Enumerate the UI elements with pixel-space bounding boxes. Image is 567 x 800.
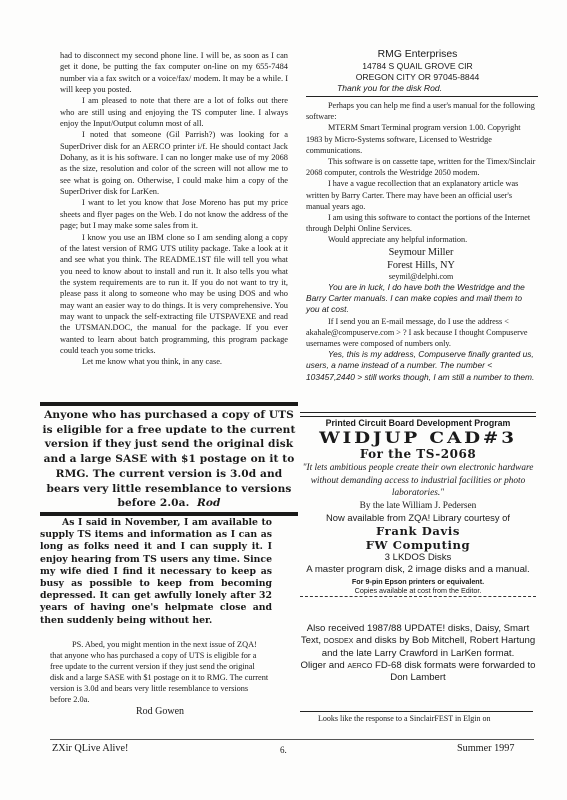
sinclairfest-teaser: Looks like the response to a SinclairFES…	[318, 714, 538, 723]
left-letter-body: had to disconnect my second phone line. …	[60, 50, 288, 368]
aerco-name: AERCO	[347, 660, 372, 671]
city-address: OREGON CITY OR 97045-8844	[301, 72, 534, 83]
advert-disks: 3 LKDOS Disks	[300, 552, 536, 564]
postscript: PS. Abed, you might mention in the next …	[50, 640, 270, 705]
paragraph: I want to let you know that Jose Moreno …	[60, 197, 288, 231]
advert-title: WIDJUP CAD#3	[282, 429, 553, 447]
paragraph: I am using this software to contact the …	[306, 212, 536, 234]
editor-reply: You are in luck, I do have both the West…	[306, 282, 536, 316]
divider	[306, 96, 538, 97]
company-name: RMG Enterprises	[301, 48, 534, 61]
double-divider	[300, 412, 536, 417]
uts-notice-signature: Rod	[197, 497, 221, 509]
advert-subtitle: For the TS-2068	[300, 447, 536, 462]
editor-reply: Yes, this is my address, Compuserve fina…	[306, 349, 536, 383]
paragraph: I know you use an IBM clone so I am send…	[60, 232, 288, 357]
sender-email: seymil@delphi.com	[306, 272, 536, 282]
sender-location: Forest Hills, NY	[306, 259, 536, 272]
dosdex-name: DOSDEX	[324, 635, 354, 646]
advert-copies: Copies available at cost from the Editor…	[300, 586, 536, 597]
widjup-cad-advert: Printed Circuit Board Development Progra…	[300, 418, 536, 597]
street-address: 14784 S QUAIL GROVE CIR	[301, 61, 534, 72]
availability-paragraph: As I said in November, I am available to…	[40, 517, 272, 627]
advert-quote: "It lets ambitious people create their o…	[300, 462, 536, 500]
availability-paragraph-block: As I said in November, I am available to…	[40, 517, 272, 627]
thanks-note: Thank you for the disk Rod.	[301, 83, 534, 94]
paragraph: If I send you an E-mail message, do I us…	[306, 316, 536, 350]
publication-name: ZXir QLive Alive!	[52, 743, 128, 754]
advert-availability: Now available from ZQA! Library courtesy…	[300, 512, 536, 524]
paragraph: Would appreciate any helpful information…	[306, 234, 536, 245]
sender-name: Seymour Miller	[306, 246, 536, 259]
advert-printers: For 9-pin Epson printers or equivalent.	[300, 577, 536, 586]
advert-contents: A master program disk, 2 image disks and…	[300, 564, 536, 576]
paragraph: This software is on cassette tape, writt…	[306, 156, 536, 178]
paragraph: MTERM Smart Terminal program version 1.0…	[306, 122, 536, 156]
received-disks-notice: Also received 1987/88 UPDATE! disks, Dai…	[300, 623, 536, 684]
uts-notice: Anyone who has purchased a copy of UTS i…	[40, 408, 298, 511]
received-text: Oliger and	[301, 660, 348, 671]
paragraph: I have a vague recollection that an expl…	[306, 178, 536, 212]
paragraph: had to disconnect my second phone line. …	[60, 50, 288, 95]
author-signature: Rod Gowen	[50, 707, 270, 718]
paragraph: Let me know what you think, in any case.	[60, 356, 288, 367]
uts-notice-text: Anyone who has purchased a copy of UTS i…	[43, 409, 296, 509]
issue-date: Summer 1997	[457, 743, 514, 754]
page-number: 6.	[280, 745, 287, 755]
uts-update-notice-box: Anyone who has purchased a copy of UTS i…	[40, 402, 298, 516]
rmg-address-block: RMG Enterprises 14784 S QUAIL GROVE CIR …	[301, 48, 534, 94]
received-text: and disks by Bob Mitchell, Robert Hartun…	[322, 635, 535, 658]
advert-byline: By the late William J. Pedersen	[300, 500, 536, 512]
paragraph: I am pleased to note that there are a lo…	[60, 95, 288, 129]
postscript-block: PS. Abed, you might mention in the next …	[50, 640, 270, 718]
divider	[300, 711, 533, 712]
paragraph: Perhaps you can help me find a user's ma…	[306, 100, 536, 122]
advert-person: Frank Davis	[300, 524, 536, 538]
advert-company: FW Computing	[300, 538, 536, 552]
paragraph: I noted that someone (Gil Parrish?) was …	[60, 129, 288, 197]
received-text: FD-68 disk formats were forwarded to Don…	[372, 660, 535, 683]
footer-divider	[50, 739, 534, 740]
miller-letter: Perhaps you can help me find a user's ma…	[306, 100, 536, 383]
